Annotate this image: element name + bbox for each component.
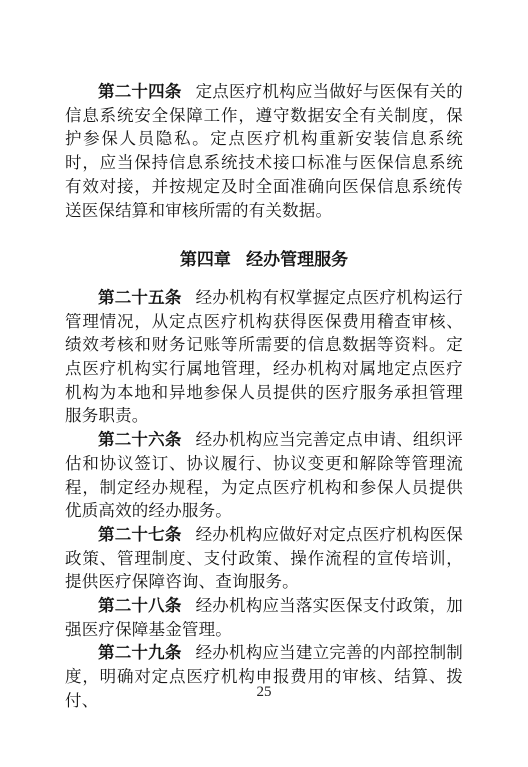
article-25-paragraph: 第二十五条经办机构有权掌握定点医疗机构运行管理情况，从定点医疗机构获得医保费用稽… [65, 286, 463, 428]
article-27-number: 第二十七条 [98, 525, 182, 544]
chapter-number: 第四章 [180, 250, 231, 269]
article-29-paragraph: 第二十九条经办机构应当建立完善的内部控制制度，明确对定点医疗机构申报费用的审核、… [65, 641, 463, 712]
article-25-text: 经办机构有权掌握定点医疗机构运行管理情况，从定点医疗机构获得医保费用稽查审核、绩… [65, 288, 463, 426]
article-28-number: 第二十八条 [98, 596, 182, 615]
article-26-number: 第二十六条 [98, 430, 182, 449]
document-page: 第二十四条定点医疗机构应当做好与医保有关的信息系统安全保障工作，遵守数据安全有关… [0, 0, 528, 767]
article-29-number: 第二十九条 [98, 643, 182, 662]
chapter-title: 经办管理服务 [246, 250, 348, 269]
article-24-number: 第二十四条 [98, 82, 182, 101]
chapter-heading: 第四章经办管理服务 [65, 248, 463, 272]
document-body: 第二十四条定点医疗机构应当做好与医保有关的信息系统安全保障工作，遵守数据安全有关… [65, 80, 463, 713]
article-24-paragraph: 第二十四条定点医疗机构应当做好与医保有关的信息系统安全保障工作，遵守数据安全有关… [65, 80, 463, 222]
page-number: 25 [0, 684, 528, 701]
article-28-paragraph: 第二十八条经办机构应当落实医保支付政策，加强医疗保障基金管理。 [65, 594, 463, 641]
article-25-number: 第二十五条 [98, 288, 182, 307]
article-24-text: 定点医疗机构应当做好与医保有关的信息系统安全保障工作，遵守数据安全有关制度，保护… [65, 82, 463, 220]
article-26-paragraph: 第二十六条经办机构应当完善定点申请、组织评估和协议签订、协议履行、协议变更和解除… [65, 428, 463, 523]
article-27-paragraph: 第二十七条经办机构应做好对定点医疗机构医保政策、管理制度、支付政策、操作流程的宣… [65, 523, 463, 594]
